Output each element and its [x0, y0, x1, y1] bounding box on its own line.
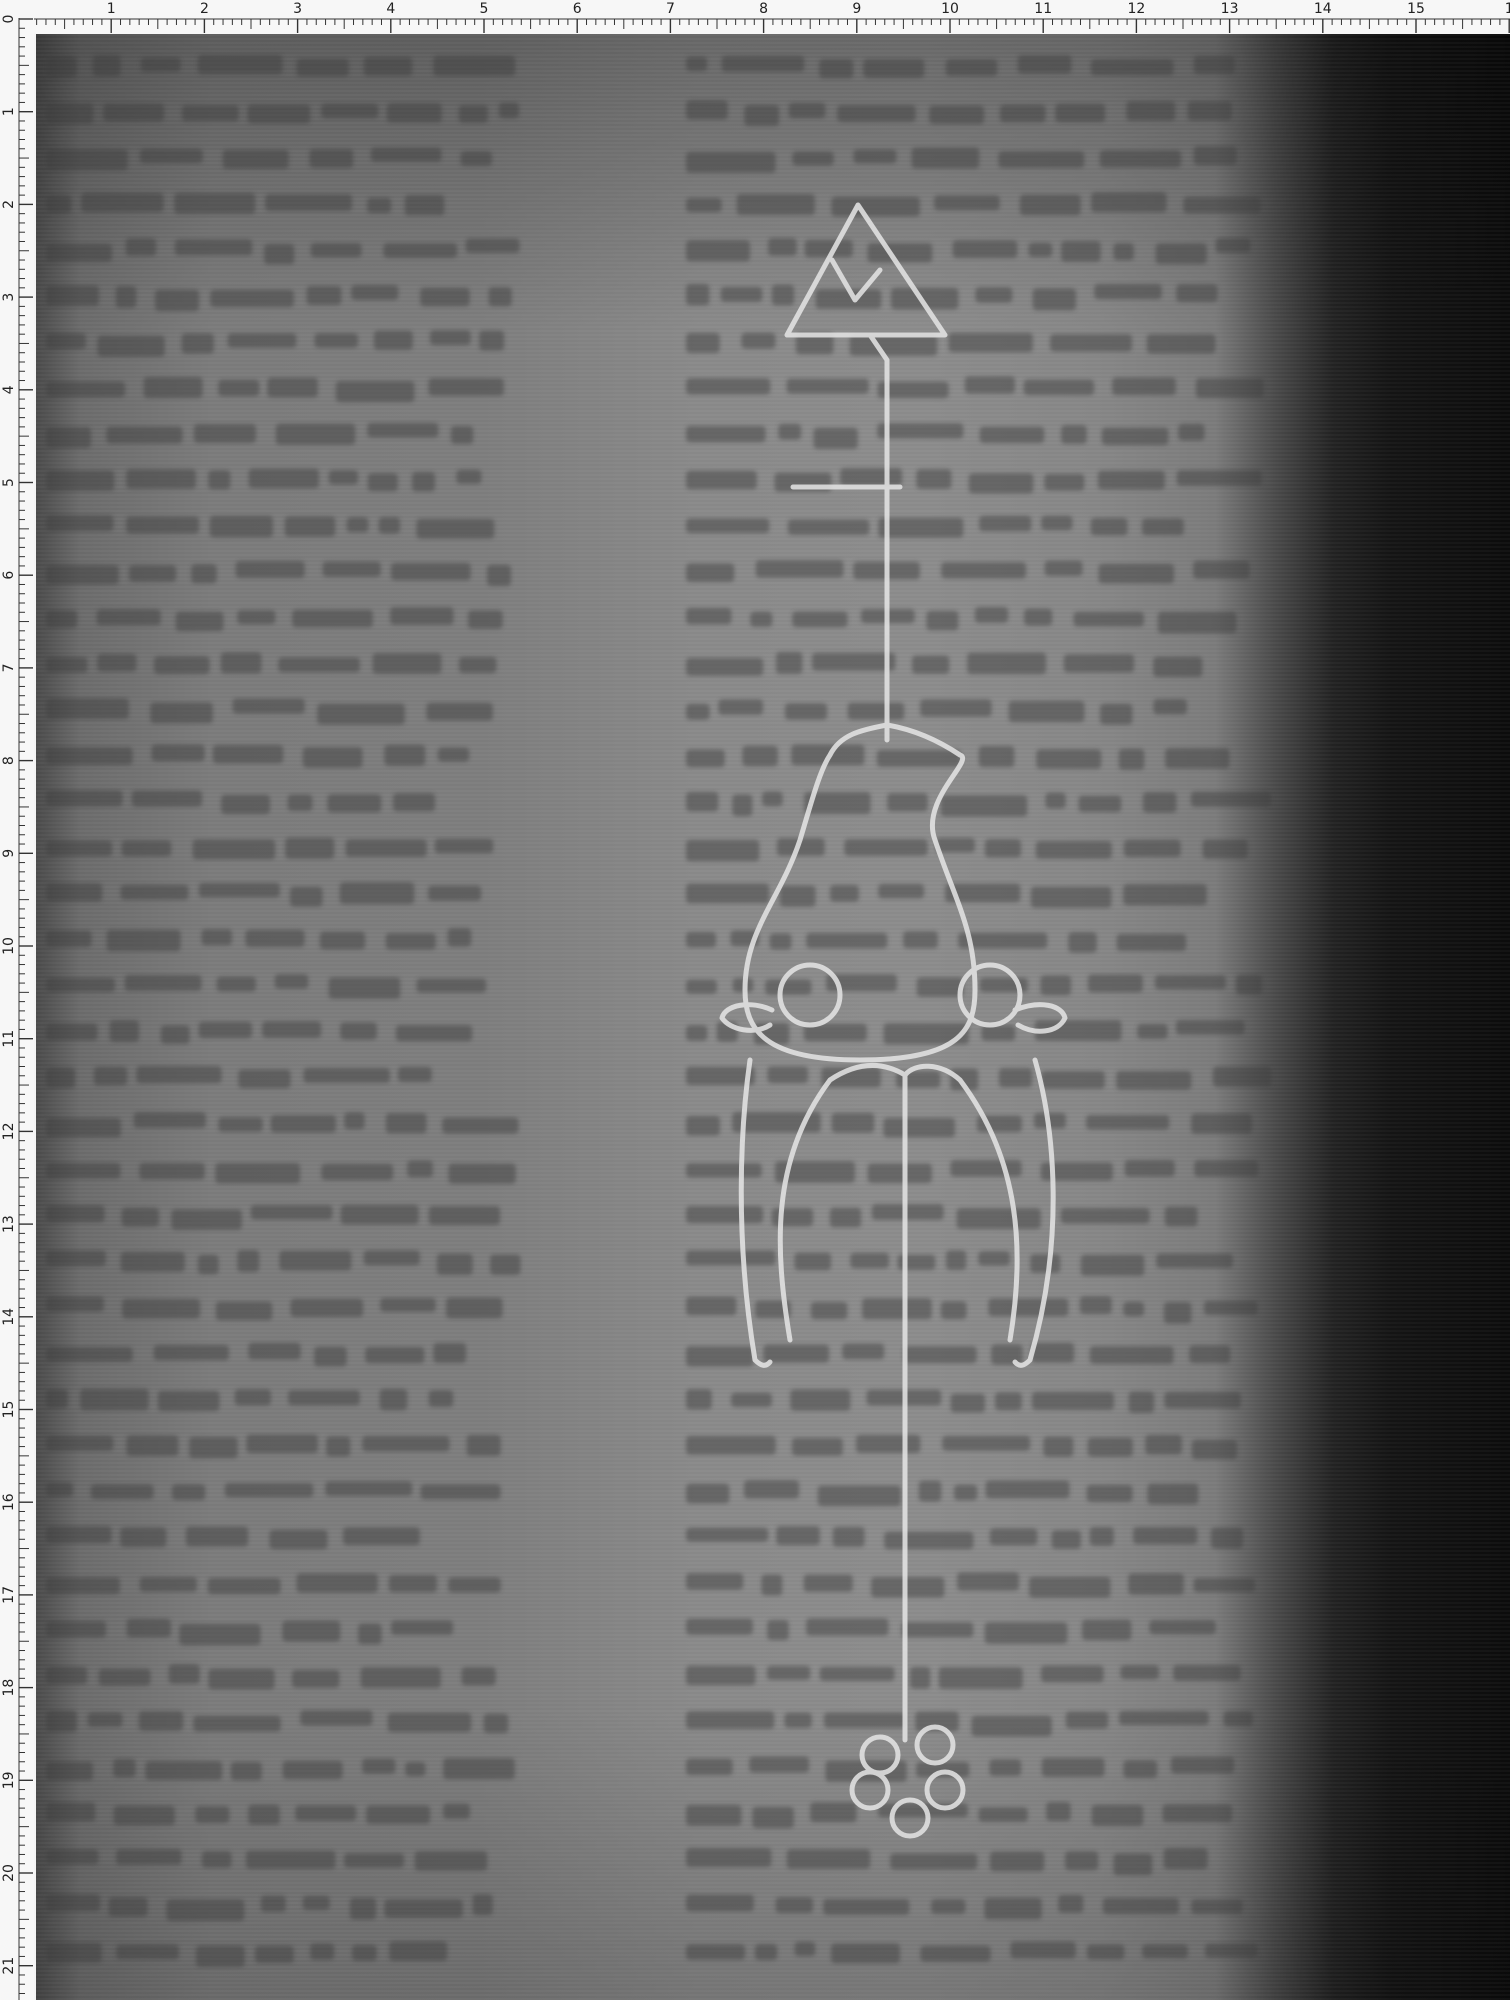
ruler-label: 6 [573, 1, 582, 17]
ruler-label: 1 [1, 107, 17, 116]
ruler-label: 5 [1, 478, 17, 487]
ruler-label: 19 [1, 1771, 17, 1789]
right-horn-inner [905, 1066, 1017, 1340]
ruler-label: 20 [1, 1864, 17, 1882]
ruler-label: 4 [386, 1, 395, 17]
top-ruler: 01234567891011121314151 [0, 0, 1510, 34]
ruler-label: 12 [1, 1122, 17, 1140]
ruler-label: 14 [1, 1308, 17, 1326]
ruler-label: 7 [1, 663, 17, 672]
ruler-label: 8 [759, 1, 768, 17]
ruler-label: 1 [107, 1, 116, 17]
ruler-label: 13 [1221, 1, 1239, 17]
ruler-label: 15 [1, 1401, 17, 1419]
triangle-crest [787, 205, 945, 335]
ruler-label: 2 [200, 1, 209, 17]
ruler-label: 11 [1034, 1, 1052, 17]
ruler-label: 8 [1, 756, 17, 765]
ruler-label: 21 [1, 1957, 17, 1975]
ruler-label: 2 [1, 200, 17, 209]
ruler-label: 10 [1, 937, 17, 955]
ruler-label: 13 [1, 1215, 17, 1233]
left-eye [780, 965, 840, 1025]
left-ruler: 0123456789101112131415161718192021 [0, 0, 34, 2000]
ruler-label: 9 [852, 1, 861, 17]
ruler-label: 5 [480, 1, 489, 17]
ruler-label: 10 [941, 1, 959, 17]
ruler-label: 9 [1, 849, 17, 858]
ruler-label: 16 [1, 1493, 17, 1511]
ruler-label: 12 [1127, 1, 1145, 17]
ruler-label: 6 [1, 571, 17, 580]
ruler-label: 7 [666, 1, 675, 17]
head-outline [745, 725, 975, 1060]
ruler-label: 1 [1505, 1, 1510, 17]
flower [852, 1727, 963, 1836]
ruler-label: 0 [1, 15, 17, 24]
ruler-label: 3 [293, 1, 302, 17]
ruler-label: 17 [1, 1586, 17, 1604]
right-horn-outer [1015, 1060, 1053, 1365]
ruler-label: 11 [1, 1030, 17, 1048]
ruler-label: 4 [1, 385, 17, 394]
right-eye [960, 965, 1020, 1025]
right-ear [1015, 1005, 1065, 1031]
left-ruler-ticks: 0123456789101112131415161718192021 [0, 0, 34, 2000]
radiograph-plate [36, 34, 1510, 2000]
top-ruler-ticks: 01234567891011121314151 [0, 0, 1510, 34]
left-horn-inner [780, 1065, 905, 1340]
ruler-label: 14 [1314, 1, 1332, 17]
crest-stem [870, 335, 887, 740]
left-horn-outer [741, 1060, 770, 1365]
ruler-label: 3 [1, 293, 17, 302]
ox-head-watermark [36, 34, 1510, 2000]
ruler-label: 18 [1, 1679, 17, 1697]
ruler-label: 15 [1407, 1, 1425, 17]
